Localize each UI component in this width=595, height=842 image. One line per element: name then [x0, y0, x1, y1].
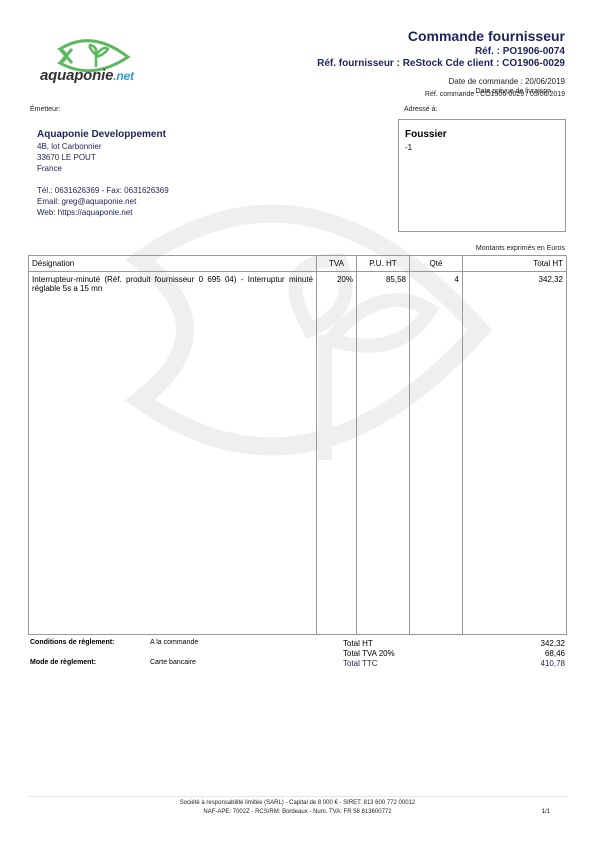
sender-email: Email: greg@aquaponie.net	[37, 196, 169, 207]
page-number: 1/1	[542, 809, 550, 815]
order-date: Date de commande : 20/06/2019	[448, 77, 565, 86]
footer-legal-line1: Société à responsabilité limitée (SARL) …	[0, 800, 595, 806]
sender-label: Émetteur:	[30, 106, 60, 113]
col-quantity: Qté	[410, 256, 463, 272]
sender-web: Web: https://aquaponie.net	[37, 207, 169, 218]
order-lines-table: Désignation TVA P.U. HT Qté Total HT Int…	[28, 255, 567, 635]
cell-total-ht: 342,32	[463, 272, 567, 297]
payment-conditions-value: A la commande	[150, 639, 198, 646]
sender-address2: 33670 LE POUT	[37, 152, 169, 163]
cell-designation: Interrupteur-minuté (Réf. produit fourni…	[29, 272, 317, 297]
order-reference: Réf. : PO1906-0074	[475, 46, 565, 57]
recipient-line: -1	[405, 143, 412, 152]
table-filler-row	[29, 296, 567, 635]
total-ht-label: Total HT	[343, 639, 373, 649]
col-tva: TVA	[317, 256, 357, 272]
payment-mode-value: Carte bancaire	[150, 659, 196, 666]
payment-mode-label: Mode de règlement:	[30, 659, 96, 666]
col-unit-price: P.U. HT	[357, 256, 410, 272]
col-designation: Désignation	[29, 256, 317, 272]
col-total-ht: Total HT	[463, 256, 567, 272]
document-title: Commande fournisseur	[408, 28, 565, 44]
sender-phone: Tél.: 0631626369 - Fax: 0631626369	[37, 185, 169, 196]
cell-quantity: 4	[410, 272, 463, 297]
sender-country: France	[37, 163, 169, 174]
supplier-reference: Réf. fournisseur : ReStock Cde client : …	[317, 58, 565, 69]
total-tva-label: Total TVA 20%	[343, 649, 395, 659]
sender-name: Aquaponie Developpement	[37, 128, 169, 141]
total-ttc-label: Total TTC	[343, 659, 378, 669]
table-header-row: Désignation TVA P.U. HT Qté Total HT	[29, 256, 567, 272]
footer-divider	[28, 796, 567, 797]
sender-address1: 4B, lot Carbonnier	[37, 141, 169, 152]
brand-wordmark: aquaponie.net	[40, 67, 134, 84]
table-row: Interrupteur-minuté (Réf. produit fourni…	[29, 272, 567, 297]
recipient-name: Foussier	[405, 129, 447, 140]
total-tva-row: Total TVA 20% 68,46	[343, 649, 565, 659]
total-ht-row: Total HT 342,32	[343, 639, 565, 649]
cell-unit-price: 85,58	[357, 272, 410, 297]
currency-note: Montants exprimés en Euros	[476, 245, 565, 252]
footer-legal-line2: NAF-APE: 7002Z - RCS/RM: Bordeaux - Num.…	[0, 809, 595, 815]
totals-block: Total HT 342,32 Total TVA 20% 68,46 Tota…	[343, 639, 565, 669]
sender-block: Aquaponie Developpement 4B, lot Carbonni…	[37, 128, 169, 218]
total-tva-value: 68,46	[545, 649, 565, 659]
total-ttc-row: Total TTC 410,78	[343, 659, 565, 669]
recipient-label: Adressé à:	[404, 106, 437, 113]
payment-conditions-label: Conditions de règlement:	[30, 639, 114, 646]
total-ht-value: 342,32	[541, 639, 565, 649]
cell-tva: 20%	[317, 272, 357, 297]
total-ttc-value: 410,78	[541, 659, 565, 669]
delivery-date-label: Date prévue de livraison	[476, 88, 552, 95]
